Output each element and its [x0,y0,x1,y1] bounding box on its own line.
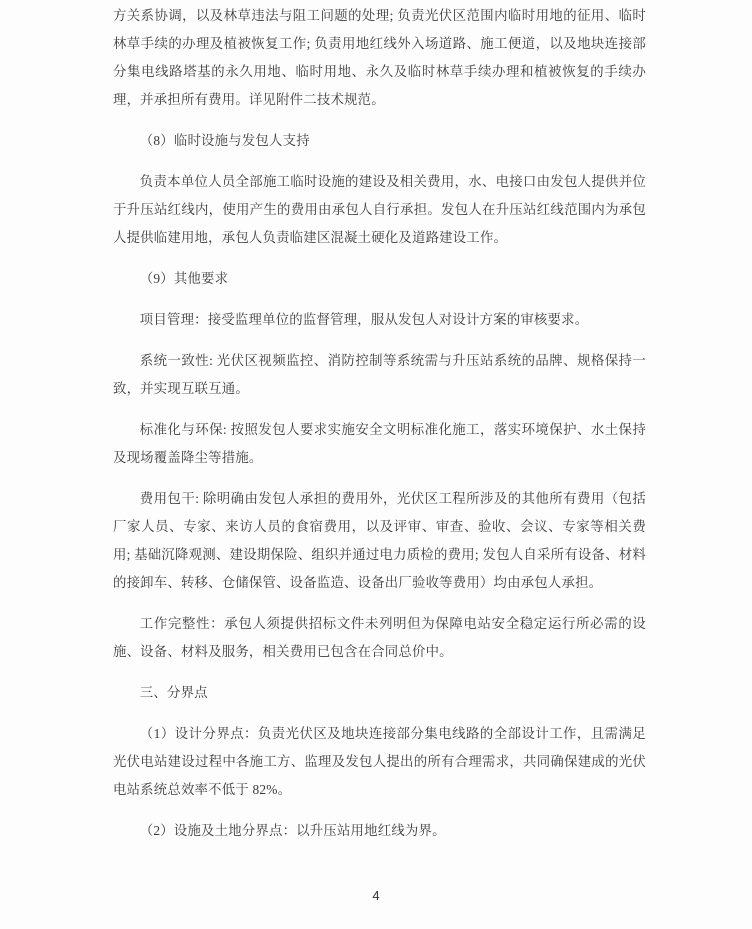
paragraph-system-consistency: 系统一致性: 光伏区视频监控、消防控制等系统需与升压站系统的品牌、规格保持一致，… [113,347,646,403]
heading-item-8-temporary-facilities: （8）临时设施与发包人支持 [113,127,646,155]
paragraph-lump-sum-costs: 费用包干: 除明确由发包人承担的费用外，光伏区工程所涉及的其他所有费用（包括厂家… [113,485,646,597]
heading-section-3-boundary-points: 三、分界点 [113,679,646,707]
document-page: 方关系协调，以及林草违法与阻工问题的处理; 负责光伏区范围内临时用地的征用、临时… [0,0,752,929]
paragraph-project-management: 项目管理：接受监理单位的监督管理，服从发包人对设计方案的审核要求。 [113,306,646,334]
paragraph-land-procedures-continuation: 方关系协调，以及林草违法与阻工问题的处理; 负责光伏区范围内临时用地的征用、临时… [113,2,646,114]
paragraph-temporary-facilities: 负责本单位人员全部施工临时设施的建设及相关费用，水、电接口由发包人提供并位于升压… [113,168,646,252]
paragraph-standardization-environment: 标准化与环保: 按照发包人要求实施安全文明标准化施工，落实环境保护、水土保持及现… [113,416,646,472]
paragraph-facility-land-boundary-point: （2）设施及土地分界点：以升压站用地红线为界。 [113,817,646,845]
paragraph-work-completeness: 工作完整性：承包人须提供招标文件未列明但为保障电站安全稳定运行所必需的设施、设备… [113,610,646,666]
heading-item-9-other-requirements: （9）其他要求 [113,265,646,293]
document-body: 方关系协调，以及林草违法与阻工问题的处理; 负责光伏区范围内临时用地的征用、临时… [113,2,646,858]
page-number: 4 [0,886,752,906]
paragraph-design-boundary-point: （1）设计分界点：负责光伏区及地块连接部分集电线路的全部设计工作，且需满足光伏电… [113,720,646,804]
